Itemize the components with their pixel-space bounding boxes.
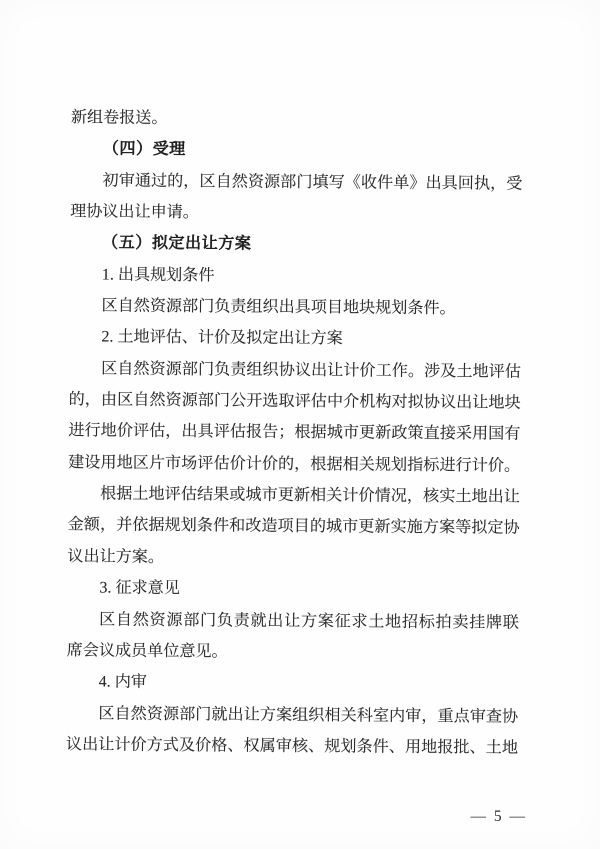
text-line: 建设用地区片市场评估价计价的，根据相关规划指标进行计价。 [68,447,520,482]
text-line: 区自然资源部门负责就出让方案征求土地招标拍卖挂牌联 [67,604,519,639]
text-line: 金额，并依据规划条件和改造项目的城市更新实施方案等拟定协 [68,510,520,545]
text-line: 议出让方案。 [67,541,519,576]
subheading-3: 3. 征求意见 [67,572,519,607]
text-line: 理协议出让申请。 [70,196,522,231]
text-line: 席会议成员单位意见。 [67,635,519,670]
text-line: 的，由区自然资源部门公开选取评估中介机构对拟协议出让地块 [69,384,521,419]
text-line: 初审通过的，区自然资源部门填写《收件单》出具回执，受 [70,165,522,200]
section-heading-4: （四）受理 [71,134,523,169]
page-number: — 5 — [471,806,528,828]
document-text: 新组卷报送。 （四）受理 初审通过的，区自然资源部门填写《收件单》出具回执，受 … [66,102,523,764]
text-line: 进行地价评估，出具评估报告；根据城市更新政策直接采用国有 [68,416,520,451]
text-line: 区自然资源部门就出让方案组织相关科室内审，重点审查协 [66,698,518,733]
subheading-2: 2. 土地评估、计价及拟定出让方案 [69,322,521,357]
text-line: 议出让计价方式及价格、权属审核、规划条件、用地报批、土地 [66,729,518,764]
text-line: 区自然资源部门负责组织协议出让计价工作。涉及土地评估 [69,353,521,388]
text-line: 新组卷报送。 [71,102,523,137]
text-line: 根据土地评估结果或城市更新相关计价情况，核实土地出让 [68,478,520,513]
section-heading-5: （五）拟定出让方案 [70,228,522,263]
subheading-4: 4. 内审 [66,666,518,701]
document-page: 新组卷报送。 （四）受理 初审通过的，区自然资源部门填写《收件单》出具回执，受 … [0,0,600,849]
text-line: 区自然资源部门负责组织出具项目地块规划条件。 [69,290,521,325]
subheading-1: 1. 出具规划条件 [70,259,522,294]
